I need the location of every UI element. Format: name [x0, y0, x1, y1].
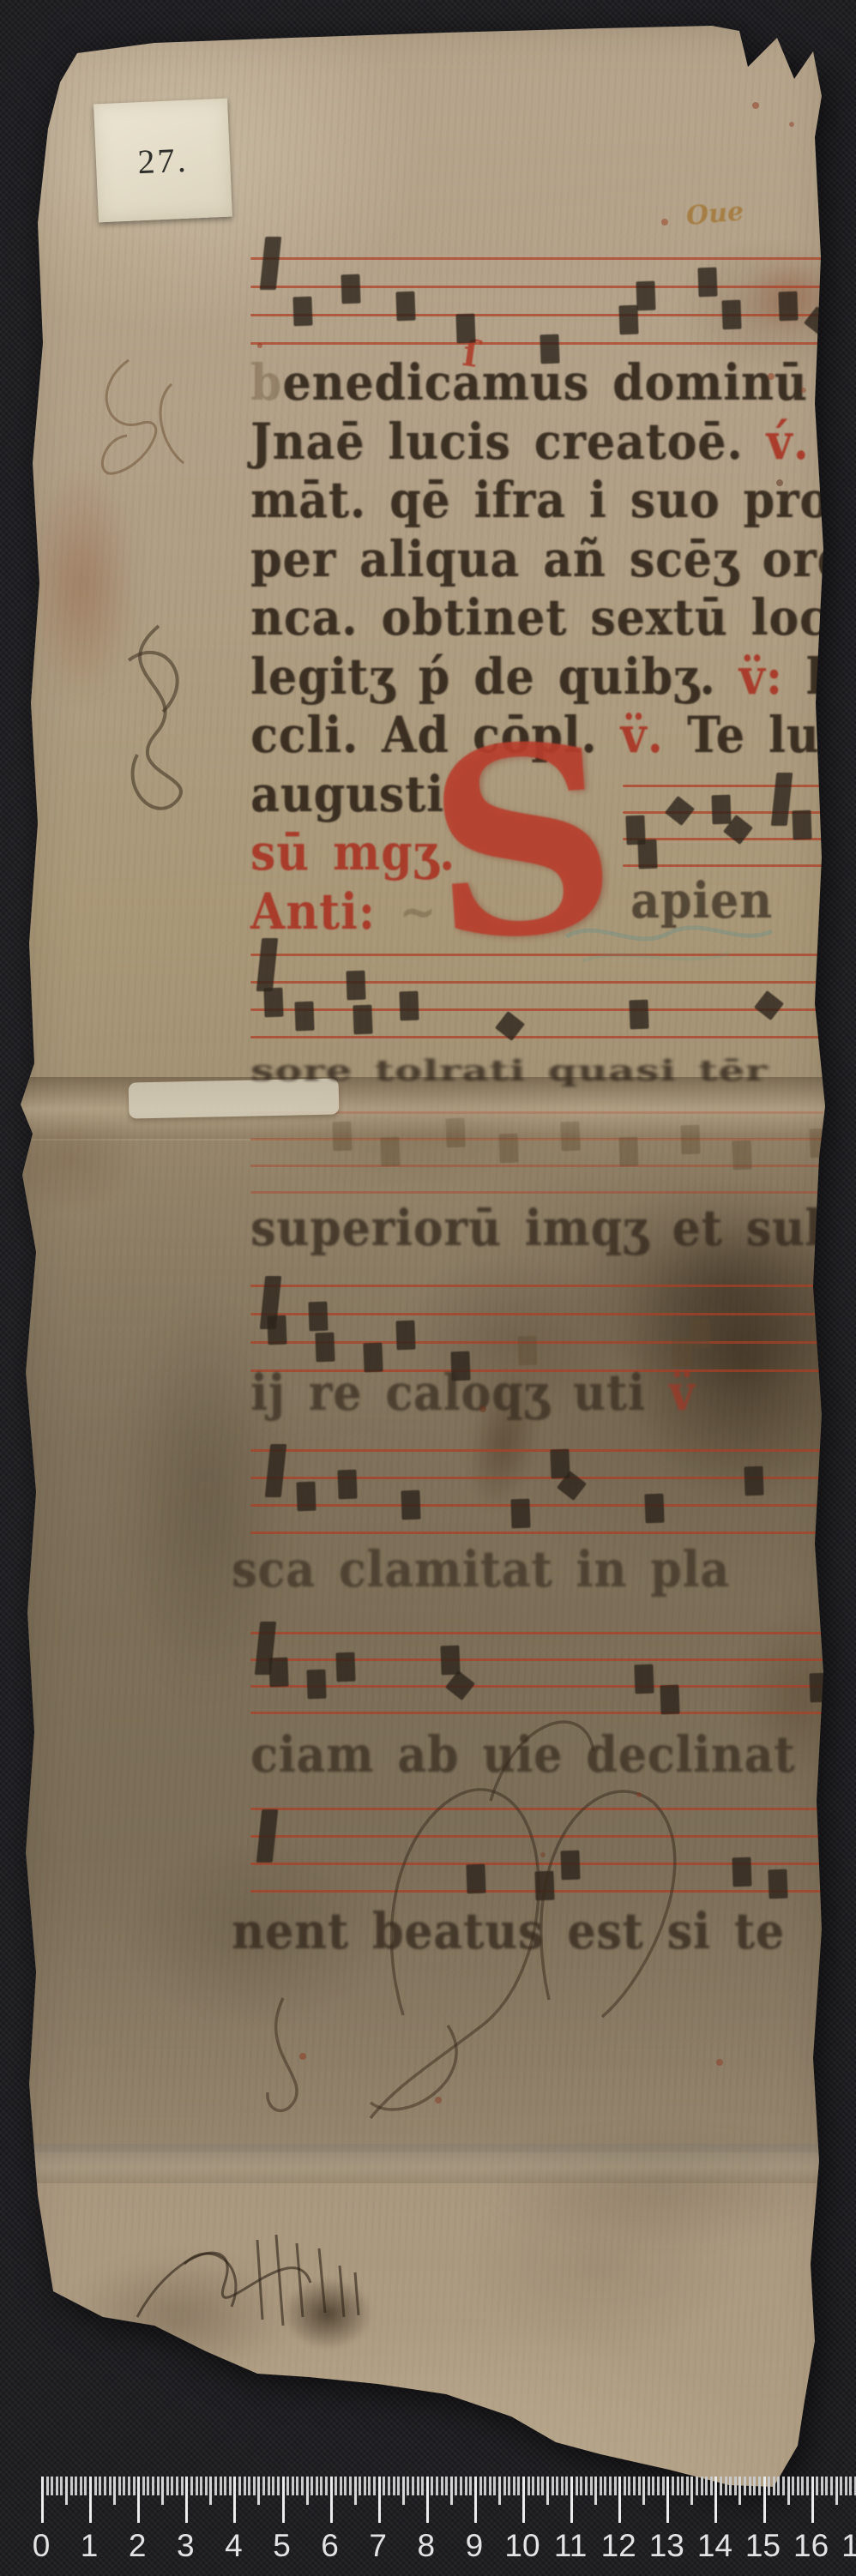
ruler-tick [782, 2477, 785, 2495]
ruler-tick [690, 2477, 693, 2505]
ruler-tick [89, 2477, 92, 2523]
ruler-tick [248, 2477, 250, 2495]
ruler-tick [383, 2477, 385, 2495]
parchment-leaf: 27. Oue ſ benedicamus dominū Jnaē lucis … [0, 0, 856, 2576]
ruler-tick [412, 2477, 414, 2495]
ruler-tick [840, 2477, 842, 2495]
ruler-tick [705, 2477, 708, 2495]
ruler-tick [537, 2477, 540, 2495]
ruler-tick [238, 2477, 241, 2495]
ruler-cm-label: 17 [841, 2528, 856, 2564]
ruler-tick [196, 2477, 198, 2495]
ruler-tick [185, 2477, 188, 2523]
ruler-tick [56, 2477, 58, 2495]
ruler-tick [624, 2477, 626, 2495]
ruler-tick [75, 2477, 77, 2495]
ruler-tick [128, 2477, 130, 2495]
ruler-tick [768, 2477, 770, 2495]
ruler-tick [773, 2477, 775, 2495]
ruler-tick [657, 2477, 660, 2495]
ruler-tick [600, 2477, 602, 2495]
ruler-cm-label: 8 [418, 2528, 436, 2564]
ruler-tick [763, 2477, 766, 2523]
ruler-tick [99, 2477, 101, 2495]
ruler-tick [648, 2477, 650, 2495]
ruler-tick [397, 2477, 400, 2495]
ruler-tick [171, 2477, 173, 2495]
ruler-tick [460, 2477, 462, 2495]
ruler-tick [787, 2477, 790, 2505]
ruler-tick [508, 2477, 510, 2495]
ruler-tick [205, 2477, 208, 2495]
ruler-tick [806, 2477, 809, 2495]
ruler-tick [166, 2477, 169, 2495]
ruler-tick [65, 2477, 68, 2505]
ruler-cm-label: 15 [745, 2528, 781, 2564]
ruler-tick [662, 2477, 665, 2495]
ruler-tick [364, 2477, 366, 2495]
ruler-tick [638, 2477, 641, 2495]
ruler-tick [580, 2477, 582, 2495]
ruler-tick [407, 2477, 409, 2495]
ruler-cm-label: 12 [601, 2528, 636, 2564]
ruler-cm-label: 6 [321, 2528, 339, 2564]
ruler-tick [253, 2477, 256, 2495]
ruler-tick [349, 2477, 352, 2495]
ruler-tick [576, 2477, 578, 2495]
ruler-tick [142, 2477, 145, 2495]
ruler-tick [513, 2477, 515, 2495]
ruler-tick [681, 2477, 684, 2495]
ruler-tick [618, 2477, 621, 2523]
ruler-tick [633, 2477, 636, 2495]
ruler-tick [527, 2477, 530, 2495]
ruler-tick [677, 2477, 679, 2495]
ruler-tick [80, 2477, 82, 2495]
ruler-tick [811, 2477, 814, 2523]
ruler-cm-label: 4 [225, 2528, 243, 2564]
ruler-tick [465, 2477, 467, 2495]
ruler-cm-label: 10 [504, 2528, 540, 2564]
ruler-tick [686, 2477, 689, 2495]
ruler-tick [244, 2477, 246, 2495]
ruler-tick [455, 2477, 457, 2495]
ruler-tick [330, 2477, 333, 2523]
ruler-tick [825, 2477, 828, 2495]
ruler-cm-label: 2 [129, 2528, 147, 2564]
ruler-tick [152, 2477, 154, 2495]
ruler-tick [642, 2477, 645, 2505]
ruler-tick [301, 2477, 304, 2495]
ruler-tick [450, 2477, 453, 2505]
ruler-tick [753, 2477, 756, 2495]
ruler-tick [816, 2477, 818, 2495]
ruler-tick [469, 2477, 472, 2495]
ruler-tick [441, 2477, 443, 2495]
ruler-cm-label: 14 [697, 2528, 732, 2564]
ruler-tick [378, 2477, 381, 2523]
ruler-tick [714, 2477, 717, 2523]
ruler-tick [113, 2477, 116, 2505]
neume [823, 1691, 853, 1721]
ruler-tick [147, 2477, 149, 2495]
ruler-tick [157, 2477, 160, 2495]
ruler-tick [498, 2477, 501, 2505]
ruler-tick [628, 2477, 630, 2495]
ruler-tick [609, 2477, 612, 2495]
ruler-cm-label: 16 [793, 2528, 829, 2564]
ruler-cm-label: 1 [81, 2528, 99, 2564]
ruler-tick [123, 2477, 125, 2495]
ruler-tick [777, 2477, 780, 2495]
ruler-tick [368, 2477, 371, 2495]
ruler-tick [585, 2477, 588, 2495]
ruler-tick [479, 2477, 482, 2495]
ruler-cm-label: 9 [466, 2528, 484, 2564]
ruler-tick [729, 2477, 732, 2495]
ruler-tick [734, 2477, 737, 2495]
ruler-tick [565, 2477, 568, 2495]
ruler-tick [233, 2477, 236, 2523]
ruler-tick [556, 2477, 558, 2495]
ruler-tick [710, 2477, 713, 2495]
ink-blot [283, 2278, 372, 2350]
ruler-tick [725, 2477, 727, 2495]
ruler-tick [672, 2477, 674, 2495]
ruler-tick [229, 2477, 232, 2495]
ruler-tick [393, 2477, 395, 2495]
pen-flourishes [0, 0, 856, 2576]
ruler-tick [340, 2477, 342, 2495]
ruler-tick [272, 2477, 274, 2495]
ruler-tick [344, 2477, 347, 2495]
ruler-tick [388, 2477, 390, 2495]
ruler-tick [797, 2477, 799, 2495]
ruler-tick [94, 2477, 97, 2495]
ruler-tick [214, 2477, 217, 2495]
ruler-tick [286, 2477, 289, 2495]
ruler-cm-label: 7 [369, 2528, 387, 2564]
ruler-tick [118, 2477, 121, 2495]
measurement-ruler: 01234567891011121314151617 [0, 2477, 856, 2576]
ruler-tick [354, 2477, 357, 2505]
red-speck-stains [257, 343, 262, 348]
ruler-tick [758, 2477, 761, 2495]
ruler-tick [561, 2477, 564, 2495]
ruler-tick [268, 2477, 270, 2495]
ruler-tick [402, 2477, 405, 2505]
ruler-tick [257, 2477, 260, 2505]
parchment-leaf-wrap: 27. Oue ſ benedicamus dominū Jnaē lucis … [0, 0, 856, 2576]
ruler-tick [84, 2477, 87, 2495]
ruler-tick [701, 2477, 703, 2495]
ruler-tick [41, 2477, 44, 2523]
ruler-tick [335, 2477, 337, 2495]
ruler-tick [552, 2477, 554, 2495]
ruler-tick [359, 2477, 361, 2495]
ruler-tick [104, 2477, 106, 2495]
ruler-tick [532, 2477, 534, 2495]
ruler-tick [137, 2477, 140, 2523]
ruler-tick [614, 2477, 617, 2495]
ruler-tick [503, 2477, 506, 2495]
ruler-tick [325, 2477, 328, 2495]
ruler-tick [744, 2477, 746, 2495]
ruler-tick [220, 2477, 222, 2495]
ruler-tick [306, 2477, 309, 2505]
ruler-tick [445, 2477, 448, 2495]
ruler-tick [277, 2477, 280, 2495]
ruler-tick [316, 2477, 318, 2495]
ruler-tick [849, 2477, 852, 2495]
ruler-tick [792, 2477, 794, 2495]
ruler-tick [161, 2477, 164, 2505]
ruler-cm-label: 13 [649, 2528, 684, 2564]
ruler-tick [604, 2477, 606, 2495]
ruler-tick [426, 2477, 429, 2523]
neume [852, 1654, 856, 1684]
ruler-tick [431, 2477, 433, 2495]
ruler-tick [190, 2477, 193, 2495]
ruler-tick [493, 2477, 496, 2495]
ruler-tick [652, 2477, 654, 2495]
ruler-tick [373, 2477, 376, 2495]
ruler-tick [320, 2477, 323, 2495]
ruler-tick [133, 2477, 136, 2495]
ruler-tick [262, 2477, 265, 2495]
ruler-tick [835, 2477, 838, 2505]
ruler-tick [720, 2477, 722, 2495]
ruler-tick [696, 2477, 698, 2495]
ruler-tick [484, 2477, 486, 2495]
ruler-cm-label: 0 [33, 2528, 51, 2564]
ruler-tick [845, 2477, 847, 2495]
ruler-tick [209, 2477, 212, 2505]
ruler-tick [282, 2477, 285, 2523]
ruler-tick [594, 2477, 597, 2505]
ruler-tick [541, 2477, 544, 2495]
ruler-tick [176, 2477, 178, 2495]
ruler-tick [224, 2477, 226, 2495]
ruler-tick [51, 2477, 53, 2495]
ruler-tick [821, 2477, 823, 2495]
ruler-tick [749, 2477, 751, 2495]
manuscript-photograph: 27. Oue ſ benedicamus dominū Jnaē lucis … [0, 0, 856, 2576]
ruler-cm-label: 5 [273, 2528, 291, 2564]
ruler-tick [830, 2477, 833, 2495]
ruler-tick [522, 2477, 525, 2523]
ruler-tick [801, 2477, 804, 2495]
ruler-tick [200, 2477, 202, 2495]
ruler-cm-label: 3 [177, 2528, 195, 2564]
ruler-tick [517, 2477, 520, 2495]
ruler-tick [181, 2477, 184, 2495]
ruler-tick [292, 2477, 294, 2495]
ruler-tick [489, 2477, 491, 2495]
ruler-tick [60, 2477, 63, 2495]
ruler-tick [570, 2477, 573, 2523]
ruler-cm-label: 11 [554, 2528, 587, 2564]
ruler-tick [417, 2477, 419, 2495]
ruler-tick [546, 2477, 549, 2505]
ruler-tick [109, 2477, 112, 2495]
ruler-tick [590, 2477, 593, 2495]
ruler-tick [296, 2477, 298, 2495]
ruler-tick [474, 2477, 477, 2523]
ruler-tick [310, 2477, 313, 2495]
ruler-tick [70, 2477, 73, 2495]
ruler-tick [436, 2477, 438, 2495]
ruler-tick [738, 2477, 741, 2505]
ruler-tick [666, 2477, 669, 2523]
ruler-tick [46, 2477, 49, 2495]
ruler-tick [421, 2477, 424, 2495]
